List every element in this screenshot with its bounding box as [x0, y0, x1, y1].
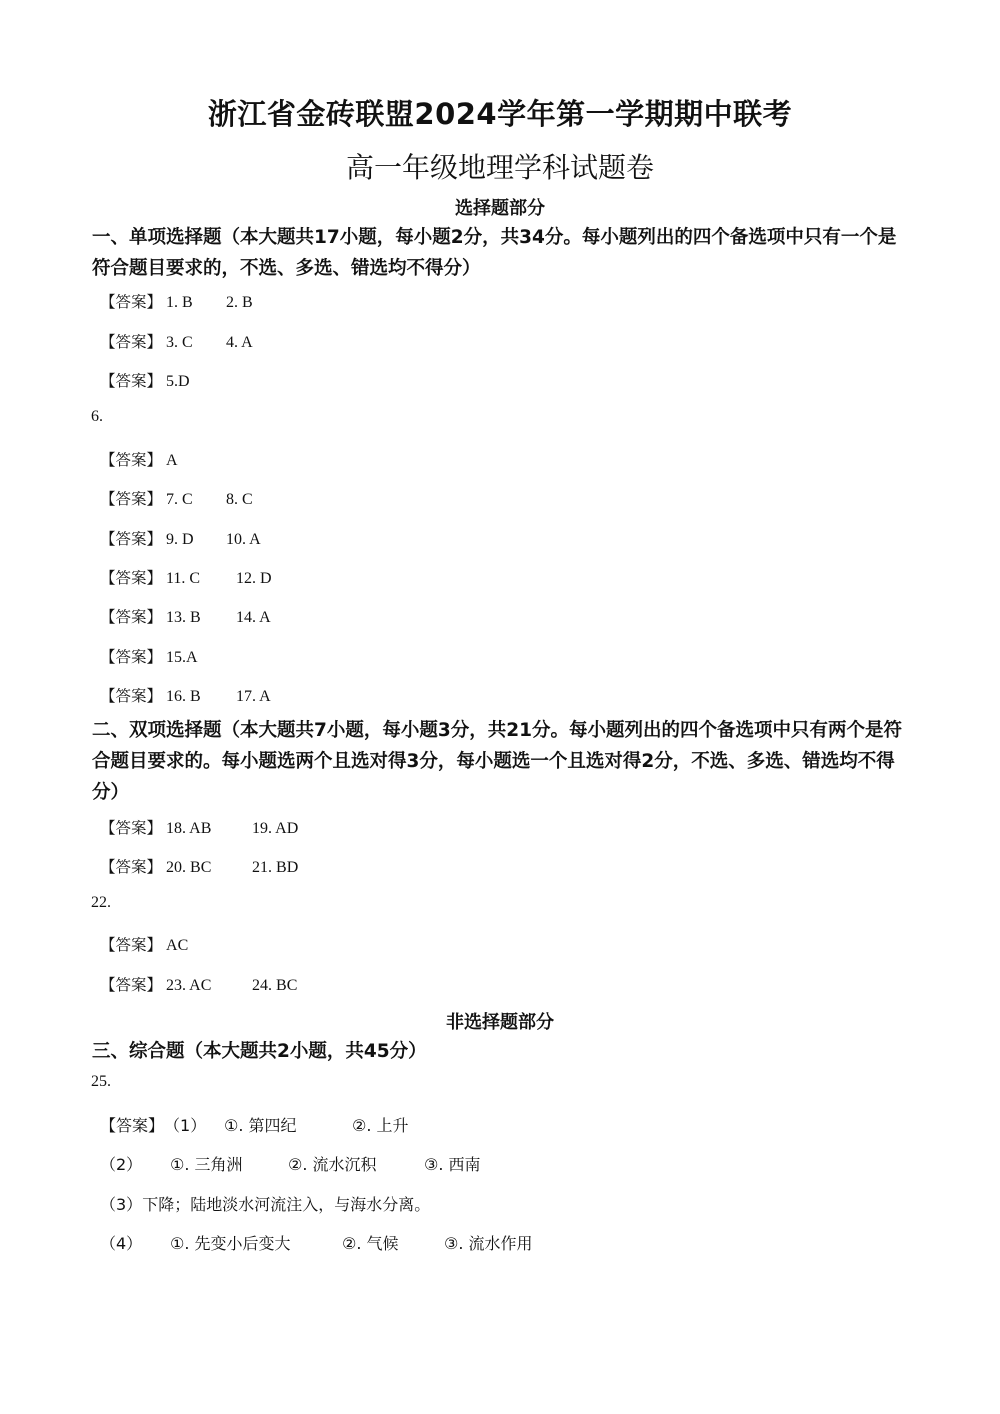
document-subtitle: 高一年级地理学科试题卷: [0, 146, 1000, 186]
document-title: 浙江省金砖联盟2024学年第一学期期中联考: [0, 92, 1000, 133]
question-number: 22.: [91, 894, 111, 912]
answer-value: 4. A: [226, 334, 253, 352]
section3-heading: 三、综合题（本大题共2小题，共45分）: [92, 1036, 912, 1067]
answer-value: 3. C: [166, 334, 226, 352]
answer-tag: 【答案】: [100, 333, 162, 351]
section1-heading: 一、单项选择题（本大题共17小题，每小题2分，共34分。每小题列出的四个备选项中…: [92, 222, 912, 284]
answer-tag: 【答案】: [100, 648, 162, 666]
sub-answer: ②. 上升: [352, 1113, 409, 1136]
answer-row: 【答案】9. D10. A: [100, 527, 261, 549]
answer-tag: 【答案】: [100, 293, 162, 311]
answer-row: 【答案】11. C12. D: [100, 566, 272, 588]
answer-row: 【答案】18. AB19. AD: [100, 816, 298, 838]
answer-value: 15.A: [166, 649, 226, 667]
answer-tag: 【答案】: [100, 936, 162, 954]
answer-row: 【答案】A: [100, 448, 226, 470]
answer-row: 【答案】15.A: [100, 645, 226, 667]
answer-tag: 【答案】: [100, 569, 162, 587]
answer-tag: 【答案】: [100, 819, 162, 837]
sub-label: （4）: [100, 1231, 170, 1254]
answer-value: 20. BC: [166, 859, 252, 877]
answer-row: 【答案】16. B17. A: [100, 684, 271, 706]
answer-value: 21. BD: [252, 859, 298, 877]
answer-value: 14. A: [236, 609, 271, 627]
answer-row: 【答案】3. C4. A: [100, 330, 253, 352]
answer-tag: 【答案】: [100, 976, 162, 994]
answer-value: 2. B: [226, 294, 253, 312]
sub-answer: 下降；陆地淡水河流注入，与海水分离。: [142, 1192, 430, 1215]
answer-row: 【答案】20. BC21. BD: [100, 855, 298, 877]
answer-value: 9. D: [166, 531, 226, 549]
answer-value: 10. A: [226, 531, 261, 549]
section2-heading: 二、双项选择题（本大题共7小题，每小题3分，共21分。每小题列出的四个备选项中只…: [92, 715, 912, 808]
q25-answer-line2: （2）①. 三角洲②. 流水沉积③. 西南: [100, 1152, 481, 1175]
answer-tag: 【答案】: [100, 451, 162, 469]
answer-value: 23. AC: [166, 977, 252, 995]
answer-value: 1. B: [166, 294, 226, 312]
answer-value: 16. B: [166, 688, 236, 706]
answer-value: 19. AD: [252, 820, 298, 838]
answer-value: 11. C: [166, 570, 236, 588]
answer-tag: 【答案】: [100, 490, 162, 508]
answer-tag: 【答案】: [100, 608, 162, 626]
sub-answer: ①. 先变小后变大: [170, 1231, 342, 1254]
answer-value: A: [166, 452, 226, 470]
answer-row: 【答案】7. C8. C: [100, 487, 253, 509]
answer-value: 5.D: [166, 373, 226, 391]
part-heading-nonchoice: 非选择题部分: [0, 1008, 1000, 1034]
sub-label: （2）: [100, 1152, 170, 1175]
sub-answer: ②. 气候: [342, 1231, 444, 1254]
answer-value: 12. D: [236, 570, 272, 588]
question-number: 6.: [91, 408, 103, 426]
answer-value: 24. BC: [252, 977, 297, 995]
q25-answer-line1: 【答案】（1）①. 第四纪②. 上升: [100, 1113, 409, 1136]
answer-row: 【答案】23. AC24. BC: [100, 973, 297, 995]
part-heading-choice: 选择题部分: [0, 194, 1000, 220]
answer-value: 8. C: [226, 491, 253, 509]
answer-row: 【答案】1. B2. B: [100, 290, 253, 312]
answer-tag: 【答案】: [100, 1113, 164, 1136]
answer-value: 17. A: [236, 688, 271, 706]
answer-tag: 【答案】: [100, 687, 162, 705]
answer-tag: 【答案】: [100, 858, 162, 876]
answer-row: 【答案】13. B14. A: [100, 605, 271, 627]
answer-tag: 【答案】: [100, 372, 162, 390]
answer-value: 7. C: [166, 491, 226, 509]
q25-answer-line3: （3）下降；陆地淡水河流注入，与海水分离。: [100, 1192, 430, 1215]
sub-answer: ①. 三角洲: [170, 1152, 288, 1175]
sub-label: （1）: [164, 1113, 224, 1136]
sub-answer: ①. 第四纪: [224, 1113, 352, 1136]
answer-value: 18. AB: [166, 820, 252, 838]
answer-tag: 【答案】: [100, 530, 162, 548]
answer-row: 【答案】5.D: [100, 369, 226, 391]
answer-value: 13. B: [166, 609, 236, 627]
q25-answer-line4: （4）①. 先变小后变大②. 气候③. 流水作用: [100, 1231, 533, 1254]
sub-answer: ②. 流水沉积: [288, 1152, 424, 1175]
sub-label: （3）: [100, 1192, 142, 1215]
answer-value: AC: [166, 937, 226, 955]
sub-answer: ③. 流水作用: [444, 1231, 533, 1254]
sub-answer: ③. 西南: [424, 1152, 481, 1175]
question-number: 25.: [91, 1073, 111, 1091]
answer-row: 【答案】AC: [100, 933, 226, 955]
